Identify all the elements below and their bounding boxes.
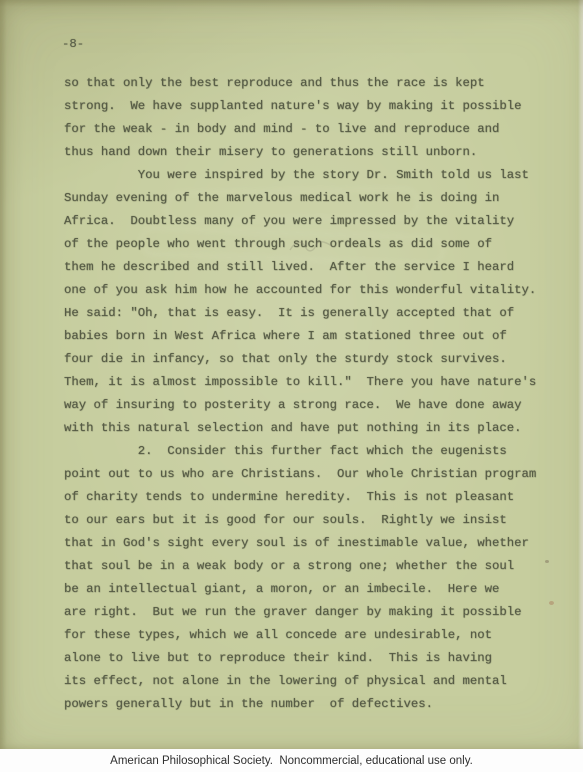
text-line: one of you ask him how he accounted for … — [64, 279, 536, 302]
paper-speck — [545, 560, 549, 563]
text-line: with this natural selection and have put… — [64, 417, 536, 440]
text-line: its effect, not alone in the lowering of… — [64, 670, 536, 693]
text-line: four die in infancy, so that only the st… — [64, 348, 536, 371]
text-line: are right. But we run the graver danger … — [64, 601, 536, 624]
text-line: 2. Consider this further fact which the … — [64, 440, 536, 463]
pencil-mark — [288, 236, 334, 256]
text-line: babies born in West Africa where I am st… — [64, 325, 536, 348]
text-line: for the weak - in body and mind - to liv… — [64, 118, 536, 141]
text-line: to our ears but it is good for our souls… — [64, 509, 536, 532]
text-line: that in God's sight every soul is of ine… — [64, 532, 536, 555]
text-line: You were inspired by the story Dr. Smith… — [64, 164, 536, 187]
text-line: powers generally but in the number of de… — [64, 693, 536, 716]
text-line: Africa. Doubtless many of you were impre… — [64, 210, 536, 233]
text-line: thus hand down their misery to generatio… — [64, 141, 536, 164]
scanned-document-view: -8- so that only the best reproduce and … — [0, 0, 583, 772]
typewritten-text: so that only the best reproduce and thus… — [64, 72, 536, 716]
text-line: point out to us who are Christians. Our … — [64, 463, 536, 486]
text-line: be an intellectual giant, a moron, or an… — [64, 578, 536, 601]
text-line: so that only the best reproduce and thus… — [64, 72, 536, 95]
text-line: Sunday evening of the marvelous medical … — [64, 187, 536, 210]
text-line: them he described and still lived. After… — [64, 256, 536, 279]
text-line: for these types, which we all concede ar… — [64, 624, 536, 647]
page-number: -8- — [62, 37, 84, 51]
text-line: Them, it is almost impossible to kill." … — [64, 371, 536, 394]
attribution-text: American Philosophical Society. Noncomme… — [110, 755, 473, 767]
text-line: alone to live but to reproduce their kin… — [64, 647, 536, 670]
text-line: way of insuring to posterity a strong ra… — [64, 394, 536, 417]
document-page: -8- so that only the best reproduce and … — [0, 0, 583, 750]
text-line: He said: "Oh, that is easy. It is genera… — [64, 302, 536, 325]
text-line: that soul be in a weak body or a strong … — [64, 555, 536, 578]
text-line: strong. We have supplanted nature's way … — [64, 95, 536, 118]
text-line: of charity tends to undermine heredity. … — [64, 486, 536, 509]
attribution-bar: American Philosophical Society. Noncomme… — [0, 749, 583, 772]
paper-speck — [549, 601, 554, 605]
